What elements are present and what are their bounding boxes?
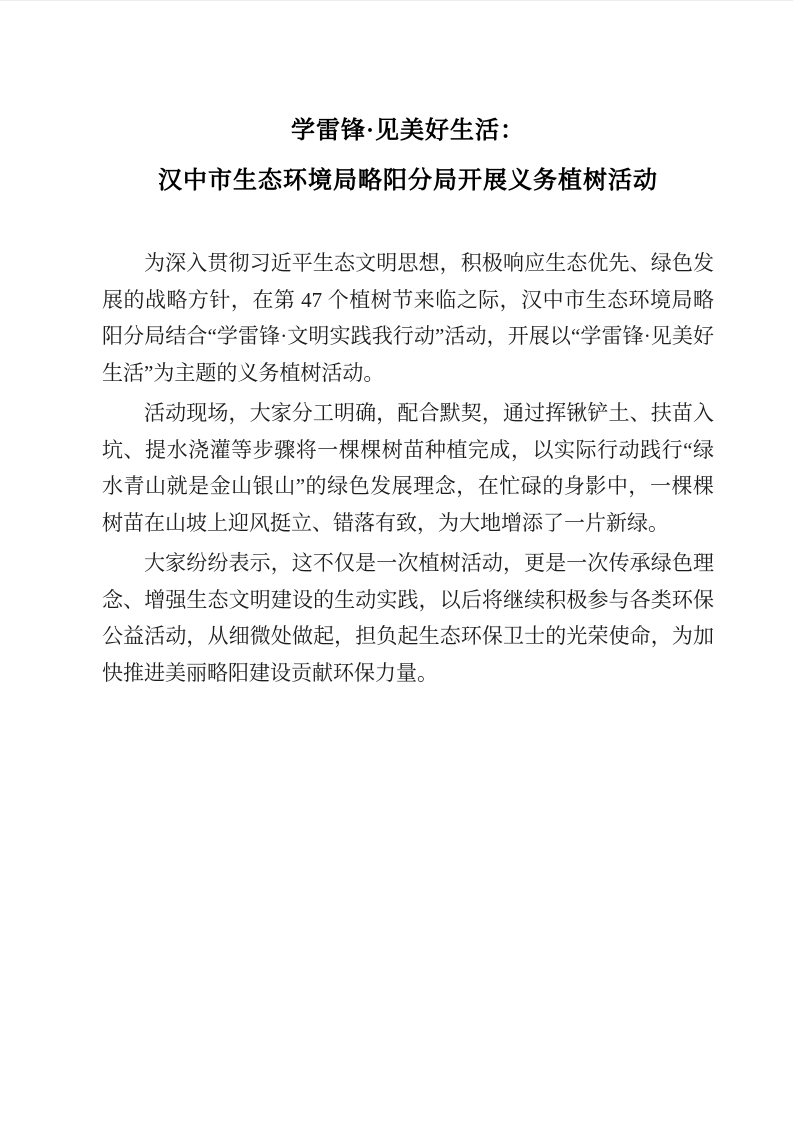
document-title: 学雷锋·见美好生活： 汉中市生态环境局略阳分局开展义务植树活动	[102, 106, 714, 206]
document-title-line-1: 学雷锋·见美好生活：	[102, 106, 714, 156]
document-page: 学雷锋·见美好生活： 汉中市生态环境局略阳分局开展义务植树活动 为深入贯彻习近平…	[0, 0, 793, 1122]
document-title-line-2: 汉中市生态环境局略阳分局开展义务植树活动	[102, 156, 714, 206]
body-paragraph-2: 活动现场，大家分工明确，配合默契，通过挥锹铲土、扶苗入坑、提水浇灌等步骤将一棵棵…	[102, 395, 714, 541]
body-paragraph-3: 大家纷纷表示，这不仅是一次植树活动，更是一次传承绿色理念、增强生态文明建设的生动…	[102, 545, 714, 691]
body-paragraph-1: 为深入贯彻习近平生态文明思想，积极响应生态优先、绿色发展的战略方针，在第 47 …	[102, 245, 714, 391]
document-body: 为深入贯彻习近平生态文明思想，积极响应生态优先、绿色发展的战略方针，在第 47 …	[102, 245, 714, 691]
